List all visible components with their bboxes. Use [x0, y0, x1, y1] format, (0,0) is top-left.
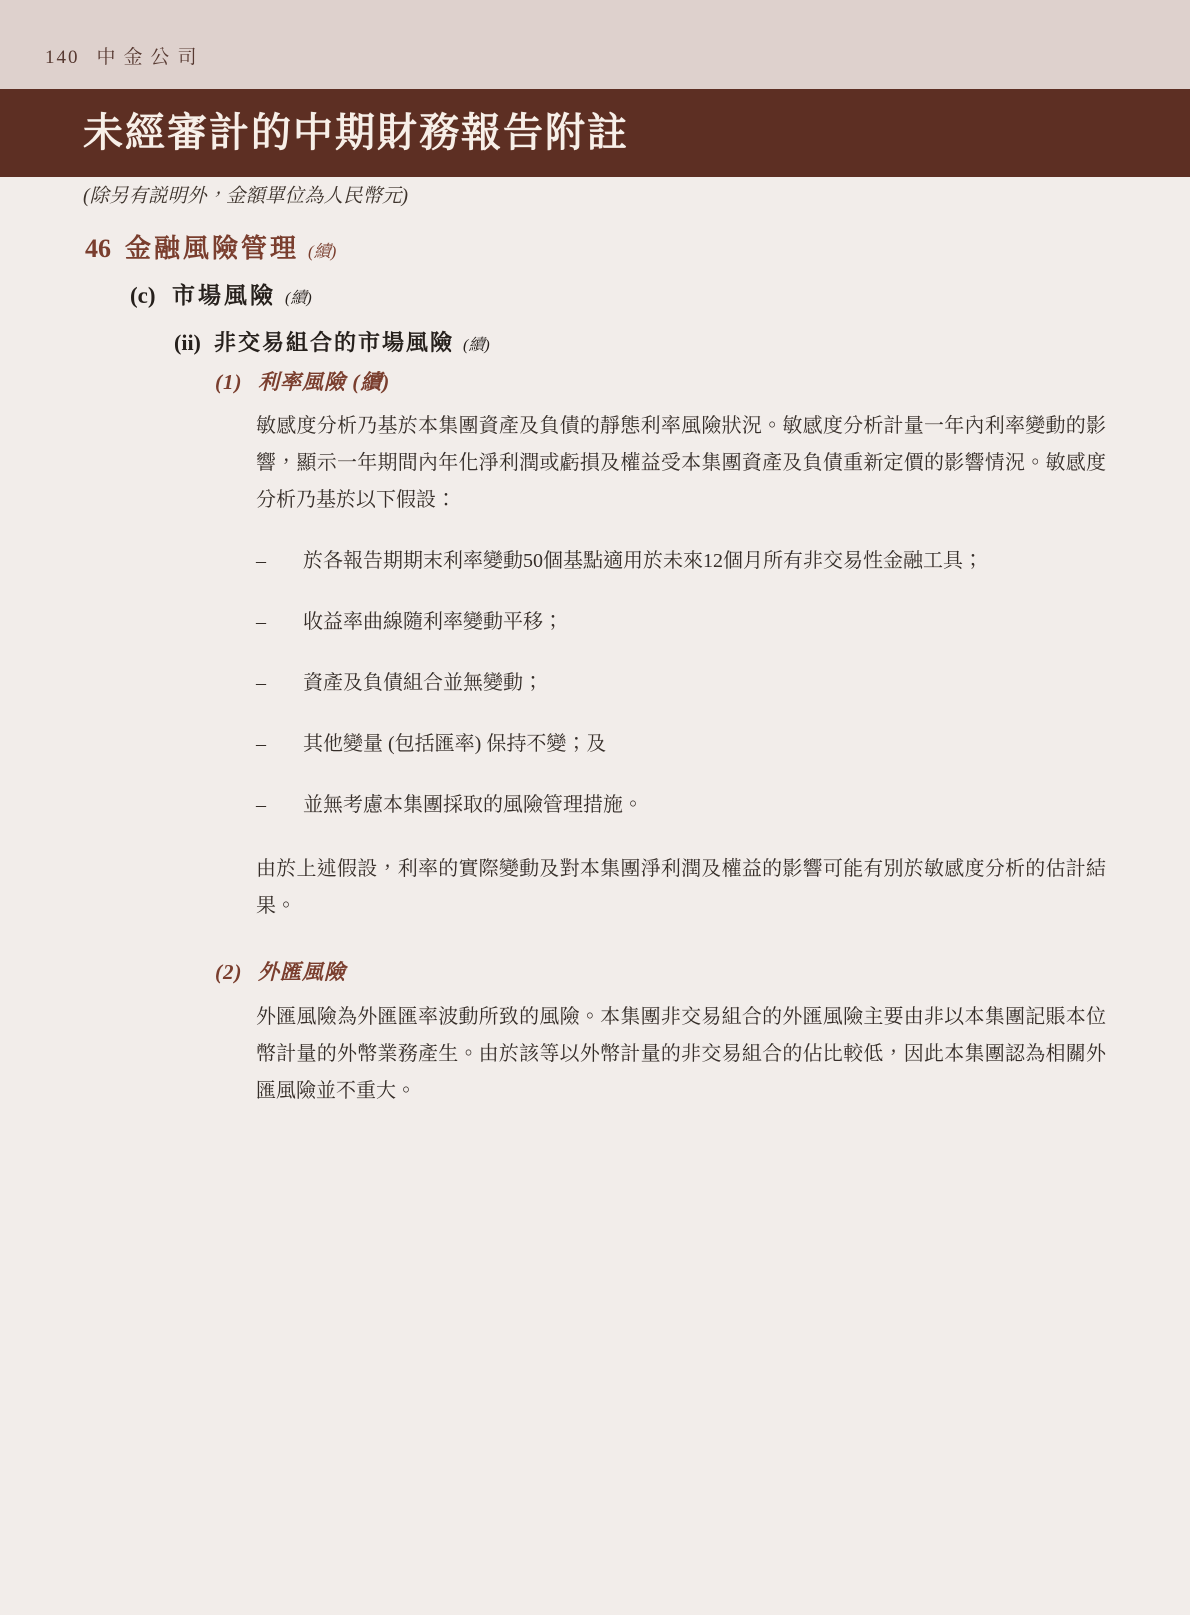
subsection-label: (c): [130, 281, 172, 311]
list-item: – 於各報告期期末利率變動50個基點適用於未來12個月所有非交易性金融工具；: [256, 543, 1106, 580]
currency-note: (除另有説明外，金額單位為人民幣元): [83, 184, 1190, 210]
section-title: 金融風險管理: [125, 234, 299, 263]
subsection-label: (1): [215, 368, 258, 396]
document-title: 未經審計的中期財務報告附註: [83, 113, 629, 153]
section-number: 46: [85, 232, 125, 266]
subsection-heading-ii: (ii)非交易組合的市場風險(續): [174, 328, 1190, 360]
page-content: (除另有説明外，金額單位為人民幣元) 46金融風險管理(續) (c)市場風險(續…: [0, 184, 1190, 1110]
report-page: 140 中金公司 未經審計的中期財務報告附註 (除另有説明外，金額單位為人民幣元…: [0, 0, 1190, 1615]
dash-bullet: –: [256, 665, 303, 702]
assumption-text: 收益率曲線隨利率變動平移；: [303, 604, 1106, 641]
interest-rate-risk-body: 敏感度分析乃基於本集團資產及負債的靜態利率風險狀況。敏感度分析計量一年內利率變動…: [256, 408, 1106, 925]
dash-bullet: –: [256, 604, 303, 641]
subsection-label: (ii): [174, 328, 214, 357]
dash-bullet: –: [256, 787, 303, 824]
subsection-title: 外匯風險: [258, 960, 346, 984]
dash-bullet: –: [256, 726, 303, 763]
paragraph-sensitivity-intro: 敏感度分析乃基於本集團資產及負債的靜態利率風險狀況。敏感度分析計量一年內利率變動…: [256, 408, 1106, 519]
list-item: – 資產及負債組合並無變動；: [256, 665, 1106, 702]
section-heading-46: 46金融風險管理(續): [85, 232, 1190, 269]
fx-risk-body: 外匯風險為外匯匯率波動所致的風險。本集團非交易組合的外匯風險主要由非以本集團記賬…: [256, 999, 1106, 1110]
assumption-text: 於各報告期期末利率變動50個基點適用於未來12個月所有非交易性金融工具；: [303, 543, 1106, 580]
subsection-title: 市場風險: [172, 283, 276, 308]
company-name: 中金公司: [97, 48, 205, 67]
subsection-heading-2-fx-risk: (2)外匯風險: [215, 958, 1190, 986]
dash-bullet: –: [256, 543, 303, 580]
page-header: 140 中金公司: [0, 0, 1190, 89]
section-continued-label: (續): [308, 242, 336, 261]
list-item: – 其他變量 (包括匯率) 保持不變；及: [256, 726, 1106, 763]
subsection-title: 利率風險 (續): [258, 370, 390, 394]
subsection-heading-c: (c)市場風險(續): [130, 281, 1190, 314]
assumption-text: 資產及負債組合並無變動；: [303, 665, 1106, 702]
paragraph-fx-risk: 外匯風險為外匯匯率波動所致的風險。本集團非交易組合的外匯風險主要由非以本集團記賬…: [256, 999, 1106, 1110]
subsection-continued-label: (續): [285, 290, 312, 307]
subsection-title: 非交易組合的市場風險: [214, 330, 454, 355]
paragraph-sensitivity-caveat: 由於上述假設，利率的實際變動及對本集團淨利潤及權益的影響可能有別於敏感度分析的估…: [256, 851, 1106, 925]
subsection-label: (2): [215, 958, 258, 986]
list-item: – 並無考慮本集團採取的風險管理措施。: [256, 787, 1106, 824]
title-banner: 未經審計的中期財務報告附註: [0, 89, 1190, 177]
page-number: 140: [45, 48, 80, 67]
assumption-text: 並無考慮本集團採取的風險管理措施。: [303, 787, 1106, 824]
subsection-continued-label: (續): [463, 337, 490, 354]
list-item: – 收益率曲線隨利率變動平移；: [256, 604, 1106, 641]
assumption-text: 其他變量 (包括匯率) 保持不變；及: [303, 726, 1106, 763]
subsection-heading-1-interest-rate-risk: (1)利率風險 (續): [215, 368, 1190, 396]
